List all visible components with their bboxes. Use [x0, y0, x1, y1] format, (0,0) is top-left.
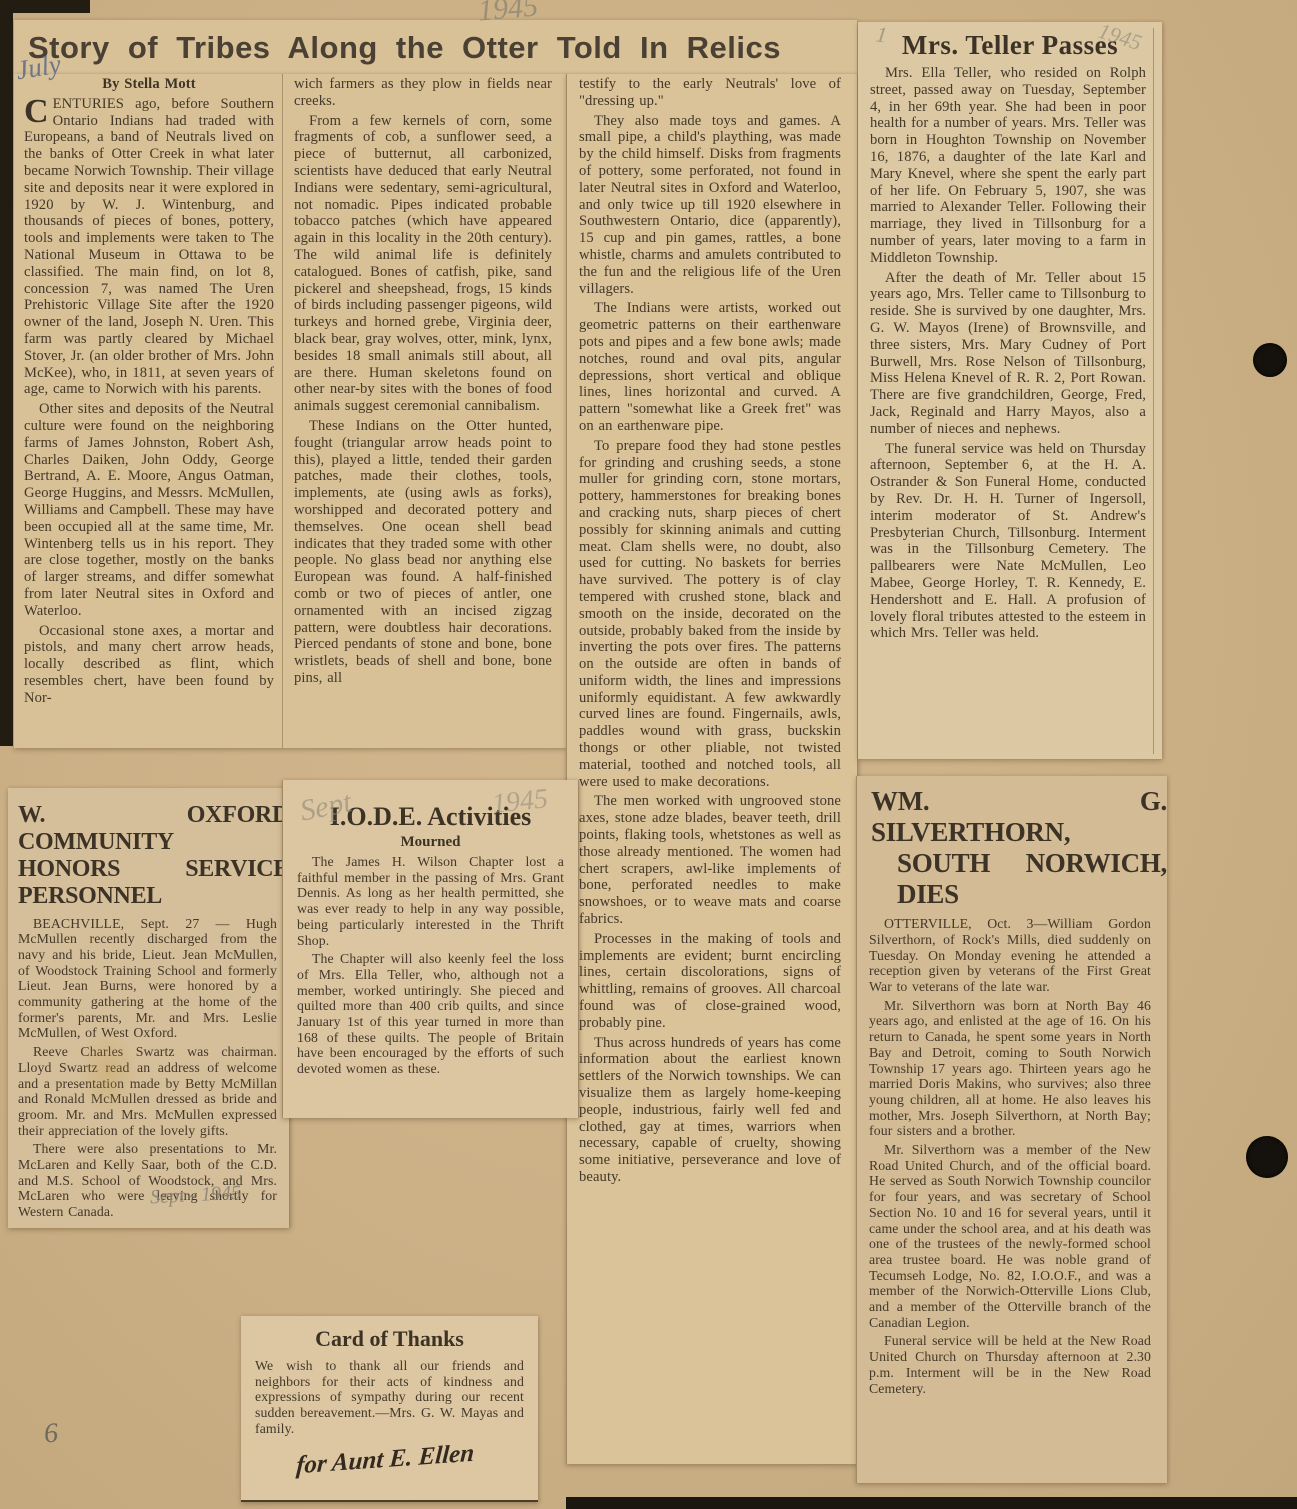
silverthorn-p4: Funeral service will be held at the New … — [869, 1333, 1151, 1396]
clipping-iode: I.O.D.E. Activities Mourned The James H.… — [282, 780, 579, 1118]
thanks-p1: We wish to thank all our friends and nei… — [255, 1358, 524, 1437]
tribes-col3-p3: The Indians were artists, worked out geo… — [579, 300, 841, 434]
tribes-col2-p3: These Indians on the Otter hunted, fough… — [294, 418, 552, 687]
teller-p1: Mrs. Ella Teller, who resided on Rolph s… — [870, 65, 1146, 267]
tribes-col3-p4: To prepare food they had stone pestles f… — [579, 438, 841, 791]
page-edge-top — [0, 0, 90, 13]
iode-subhead: Mourned — [283, 832, 578, 854]
page-edge-left — [0, 0, 13, 746]
handwritten-page-number: 6 — [43, 1418, 59, 1451]
clipping-teller: Mrs. Teller Passes Mrs. Ella Teller, who… — [858, 22, 1162, 759]
tribes-col1-p3: Occasional stone axes, a mortar and pist… — [24, 623, 274, 707]
column-rule — [1153, 28, 1154, 754]
teller-headline: Mrs. Teller Passes — [858, 22, 1162, 61]
tribes-col1-p2: Other sites and deposits of the Neutral … — [24, 401, 274, 619]
silverthorn-p2: Mr. Silverthorn was born at North Bay 46… — [869, 998, 1151, 1139]
tribes-col3-p6: Processes in the making of tools and imp… — [579, 931, 841, 1032]
column-rule — [282, 74, 283, 748]
tribes-col1-p1: CENTURIES ago, before Southern Ontario I… — [24, 96, 274, 398]
tribes-col3-p2: They also made toys and games. A small p… — [579, 113, 841, 298]
scrapbook-page: Story of Tribes Along the Otter Told In … — [0, 0, 1297, 1509]
clipping-tribes-headline: Story of Tribes Along the Otter Told In … — [14, 20, 857, 74]
clipping-tribes-column-3: testify to the early Neutrals' love of "… — [566, 74, 858, 1464]
tribes-col2-p1: wich farmers as they plow in fields near… — [294, 76, 552, 110]
tribes-column-3: testify to the early Neutrals' love of "… — [579, 76, 841, 1189]
clipping-tribes-columns: By Stella Mott CENTURIES ago, before Sou… — [14, 74, 566, 748]
page-edge-bottom — [566, 1497, 1297, 1509]
oxford-headline-line2: HONORS SERVICE PERSONNEL — [18, 856, 289, 910]
tribes-col2-p2: From a few kernels of corn, some fragmen… — [294, 113, 552, 415]
silverthorn-p1: OTTERVILLE, Oct. 3—William Gordon Silver… — [869, 916, 1151, 995]
tribes-headline: Story of Tribes Along the Otter Told In … — [14, 20, 857, 66]
tribes-column-2: wich farmers as they plow in fields near… — [294, 76, 552, 690]
tribes-column-1: By Stella Mott CENTURIES ago, before Sou… — [24, 76, 274, 709]
tribes-col3-p7: Thus across hundreds of years has come i… — [579, 1035, 841, 1186]
tribes-col3-p1: testify to the early Neutrals' love of "… — [579, 76, 841, 110]
thanks-headline: Card of Thanks — [241, 1316, 538, 1352]
tribes-byline: By Stella Mott — [24, 76, 274, 93]
silverthorn-p3: Mr. Silverthorn was a member of the New … — [869, 1142, 1151, 1330]
iode-headline: I.O.D.E. Activities — [283, 780, 578, 832]
oxford-p2: Reeve Charles Swartz was chairman. Lloyd… — [18, 1044, 277, 1138]
clipping-oxford: W. OXFORD COMMUNITY HONORS SERVICE PERSO… — [8, 788, 290, 1228]
binder-hole-top — [1253, 343, 1287, 377]
silverthorn-headline-line1: WM. G. SILVERTHORN, — [871, 786, 1167, 848]
iode-p2: The Chapter will also keenly feel the lo… — [297, 951, 564, 1077]
binder-hole-bottom — [1246, 1136, 1288, 1178]
teller-p3: The funeral service was held on Thursday… — [870, 441, 1146, 643]
teller-p2: After the death of Mr. Teller about 15 y… — [870, 270, 1146, 438]
tribes-col3-p5: The men worked with ungrooved stone axes… — [579, 793, 841, 927]
oxford-headline: W. OXFORD COMMUNITY HONORS SERVICE PERSO… — [8, 788, 289, 914]
silverthorn-headline-line2: SOUTH NORWICH, DIES — [871, 848, 1167, 910]
oxford-p3: There were also presentations to Mr. McL… — [18, 1141, 277, 1220]
iode-p1: The James H. Wilson Chapter lost a faith… — [297, 854, 564, 948]
oxford-headline-line1: W. OXFORD COMMUNITY — [18, 802, 289, 856]
silverthorn-headline: WM. G. SILVERTHORN, SOUTH NORWICH, DIES — [857, 776, 1167, 914]
clipping-silverthorn: WM. G. SILVERTHORN, SOUTH NORWICH, DIES … — [856, 776, 1167, 1483]
clipping-thanks: Card of Thanks We wish to thank all our … — [241, 1316, 538, 1502]
oxford-p1: BEACHVILLE, Sept. 27 — Hugh McMullen rec… — [18, 916, 277, 1042]
